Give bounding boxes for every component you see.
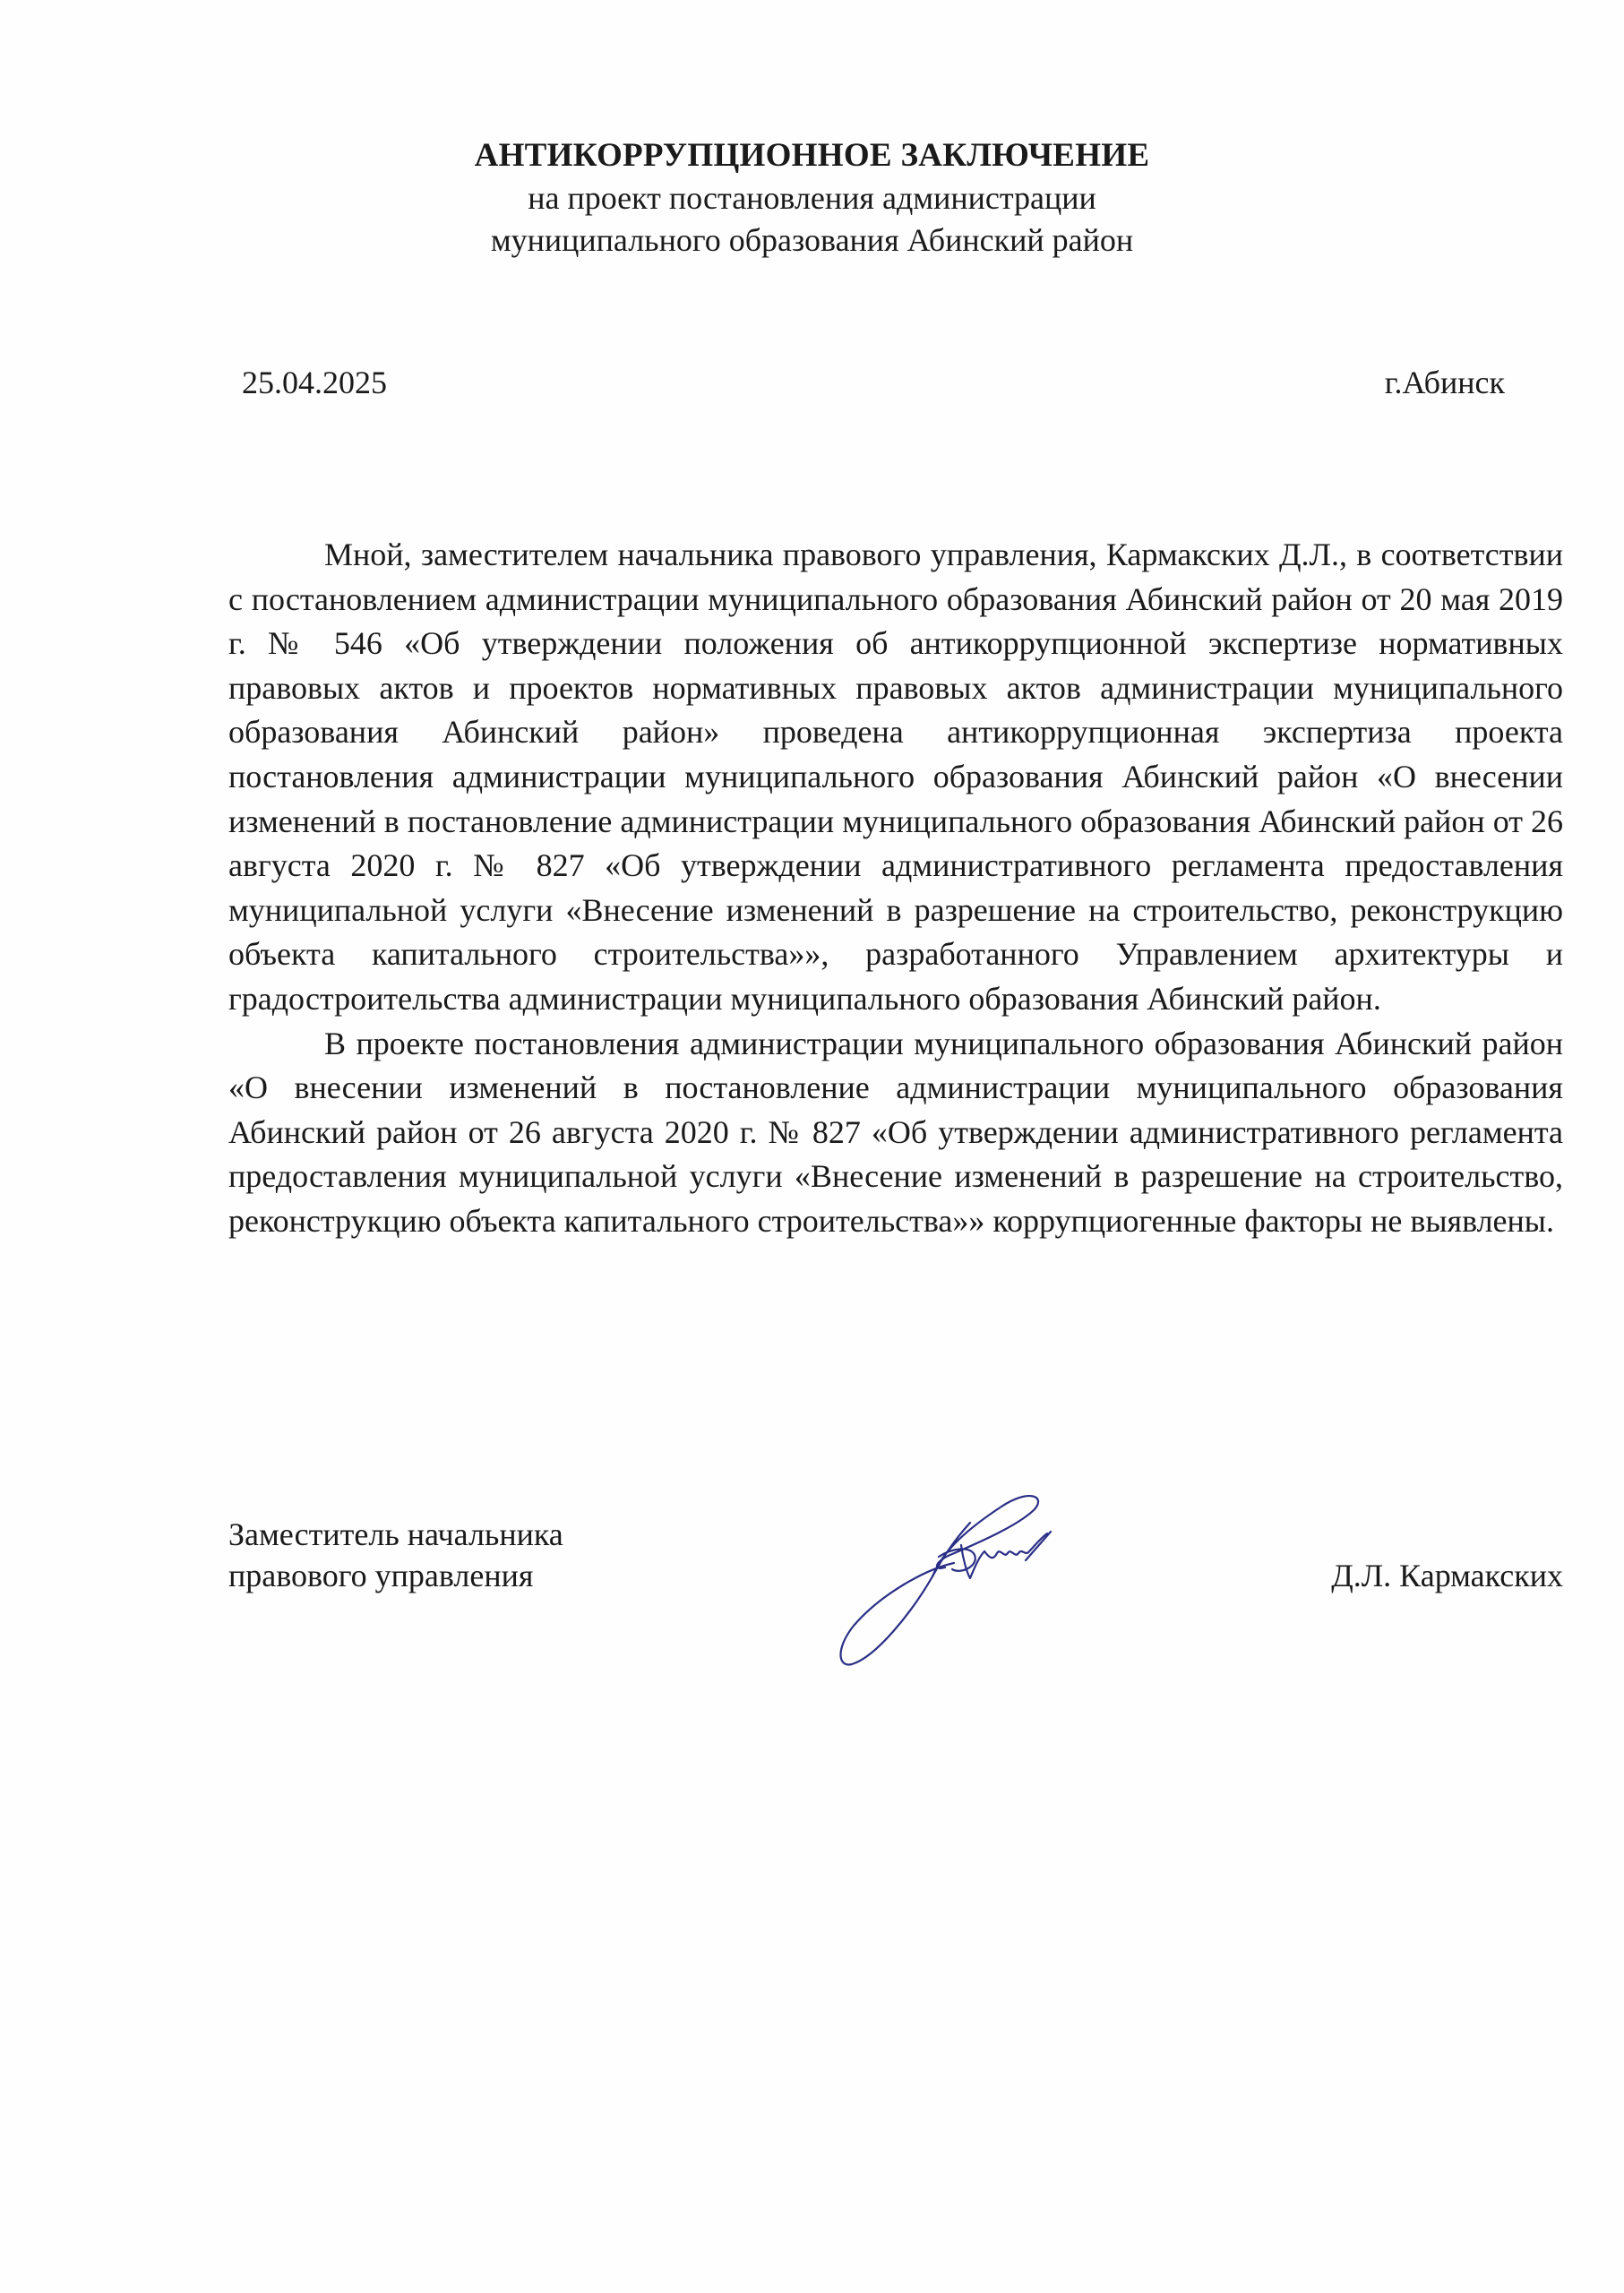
document-subtitle-line-1: на проект постановления администрации [166,177,1458,219]
signature-block: Заместитель начальника правового управле… [228,1514,1563,1693]
document-place: г.Абинск [1385,361,1505,404]
date-place-row: 25.04.2025 г.Абинск [242,361,1505,404]
signer-position: Заместитель начальника правового управле… [228,1514,563,1596]
title-block: АНТИКОРРУПЦИОННОЕ ЗАКЛЮЧЕНИЕ на проект п… [0,134,1624,262]
document-page: АНТИКОРРУПЦИОННОЕ ЗАКЛЮЧЕНИЕ на проект п… [0,0,1624,2293]
document-date: 25.04.2025 [242,361,387,404]
paragraph-conclusion: В проекте постановления администрации му… [228,1022,1563,1244]
document-title: АНТИКОРРУПЦИОННОЕ ЗАКЛЮЧЕНИЕ [166,134,1458,177]
signer-position-line-2: правового управления [228,1555,563,1596]
signer-name: Д.Л. Кармакских [1331,1555,1563,1596]
handwritten-signature-icon [827,1478,1069,1675]
document-body: Мной, заместителем начальника правового … [228,533,1563,1244]
document-subtitle-line-2: муниципального образования Абинский райо… [166,219,1458,262]
paragraph-expertise: Мной, заместителем начальника правового … [228,533,1563,1022]
signer-position-line-1: Заместитель начальника [228,1514,563,1555]
